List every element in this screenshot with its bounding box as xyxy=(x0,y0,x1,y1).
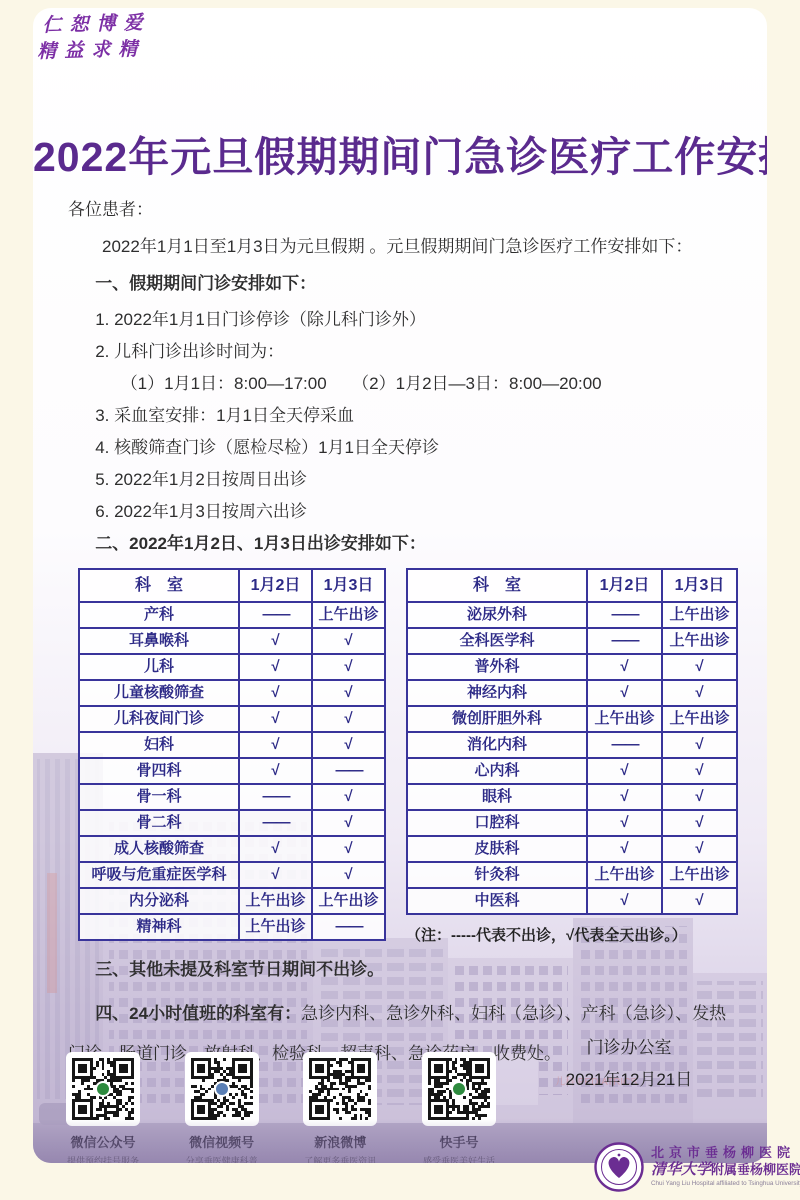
qr-item-wechat-official: 微信公众号 提供预约挂号服务 xyxy=(51,1052,155,1163)
schedule-cell: √ xyxy=(662,836,737,862)
schedule-cell: —— xyxy=(239,810,312,836)
dept-cell: 针灸科 xyxy=(407,862,587,888)
dept-cell: 成人核酸筛查 xyxy=(79,836,239,862)
qr-desc: 分享垂医健康科普 xyxy=(170,1154,274,1163)
table-row: 呼吸与危重症医学科√√ xyxy=(79,862,385,888)
table-row: 针灸科上午出诊上午出诊 xyxy=(407,862,737,888)
schedule-cell: √ xyxy=(662,732,737,758)
column-header: 科 室 xyxy=(407,569,587,602)
qr-code-wechat-video-icon xyxy=(185,1052,259,1126)
table-row: 皮肤科√√ xyxy=(407,836,737,862)
qr-label: 快手号 xyxy=(407,1132,511,1151)
signoff-date: 2021年12月21日 xyxy=(549,1064,709,1096)
hospital-logo: 北京市垂杨柳医院 清华大学附属垂杨柳医院 Chui Yang Liu Hospi… xyxy=(594,1136,794,1198)
schedule-cell: 上午出诊 xyxy=(662,602,737,628)
schedule-cell: 上午出诊 xyxy=(239,914,312,940)
schedule-cell: √ xyxy=(587,680,662,706)
hospital-motto: 仁恕博爱 精益求精 xyxy=(42,11,151,66)
dept-cell: 微创肝胆外科 xyxy=(407,706,587,732)
table-row: 妇科√√ xyxy=(79,732,385,758)
table-row: 耳鼻喉科√√ xyxy=(79,628,385,654)
table-row: 骨二科——√ xyxy=(79,810,385,836)
table-row: 消化内科——√ xyxy=(407,732,737,758)
header-row: 科 室1月2日1月3日 xyxy=(79,569,385,602)
qr-label: 微信公众号 xyxy=(51,1132,155,1151)
dept-cell: 口腔科 xyxy=(407,810,587,836)
qr-desc: 了解更多垂医资讯 xyxy=(288,1154,392,1163)
schedule-cell: √ xyxy=(312,784,385,810)
hospital-emblem-icon xyxy=(594,1142,644,1192)
schedule-cell: —— xyxy=(587,732,662,758)
qr-desc: 提供预约挂号服务 xyxy=(51,1154,155,1163)
signoff-dept: 门诊办公室 xyxy=(549,1032,709,1064)
schedule-cell: 上午出诊 xyxy=(312,888,385,914)
hospital-affiliation-cn: 清华大学附属垂杨柳医院 xyxy=(651,1163,800,1178)
dept-cell: 骨二科 xyxy=(79,810,239,836)
schedule-cell: √ xyxy=(587,784,662,810)
table-row: 儿科√√ xyxy=(79,654,385,680)
hospital-name-cn: 北京市垂杨柳医院 xyxy=(651,1146,800,1159)
schedule-cell: √ xyxy=(587,810,662,836)
motto-line2: 精益求精 xyxy=(37,37,152,66)
hospital-logo-text: 北京市垂杨柳医院 清华大学附属垂杨柳医院 Chui Yang Liu Hospi… xyxy=(651,1146,800,1187)
schedule-cell: √ xyxy=(312,628,385,654)
schedule-cell: √ xyxy=(662,888,737,914)
section1-heading: 一、假期期间门诊安排如下： xyxy=(68,272,738,296)
schedule-cell: √ xyxy=(662,758,737,784)
dept-cell: 神经内科 xyxy=(407,680,587,706)
qr-center-logo-icon xyxy=(95,1081,111,1097)
section3-heading: 三、其他未提及科室节日期间不出诊。 xyxy=(68,958,738,982)
schedule-cell: √ xyxy=(312,732,385,758)
dept-cell: 儿科夜间门诊 xyxy=(79,706,239,732)
column-header: 1月2日 xyxy=(587,569,662,602)
dept-cell: 骨一科 xyxy=(79,784,239,810)
schedule-cell: √ xyxy=(587,836,662,862)
qr-label: 微信视频号 xyxy=(170,1132,274,1151)
dept-cell: 普外科 xyxy=(407,654,587,680)
schedule-cell: —— xyxy=(312,758,385,784)
dept-cell: 耳鼻喉科 xyxy=(79,628,239,654)
schedule-cell: √ xyxy=(239,732,312,758)
dept-cell: 中医科 xyxy=(407,888,587,914)
schedule-cell: √ xyxy=(239,706,312,732)
notice-card: 儿科 PEDIATRICS 仁恕博爱 精益求精 2022年元旦假期期间门急诊医疗… xyxy=(33,8,767,1163)
dept-cell: 泌尿外科 xyxy=(407,602,587,628)
table-row: 普外科√√ xyxy=(407,654,737,680)
schedule-cell: —— xyxy=(587,602,662,628)
section2-heading: 二、2022年1月2日、1月3日出诊安排如下： xyxy=(68,532,738,556)
table-row: 产科——上午出诊 xyxy=(79,602,385,628)
column-header: 1月3日 xyxy=(312,569,385,602)
schedule-cell: √ xyxy=(662,680,737,706)
table-row: 眼科√√ xyxy=(407,784,737,810)
table-row: 泌尿外科——上午出诊 xyxy=(407,602,737,628)
table-row: 口腔科√√ xyxy=(407,810,737,836)
schedule-cell: √ xyxy=(239,758,312,784)
schedule-cell: √ xyxy=(587,888,662,914)
schedule-cell: √ xyxy=(312,810,385,836)
tsinghua-script: 清华大学 xyxy=(651,1162,711,1178)
qr-item-weibo: 新浪微博 了解更多垂医资讯 xyxy=(288,1052,392,1163)
schedule-cell: √ xyxy=(662,810,737,836)
table-row: 全科医学科——上午出诊 xyxy=(407,628,737,654)
table-note: （注：-----代表不出诊，√代表全天出诊。） xyxy=(406,924,738,948)
notice-body: 各位患者： 2022年1月1日至1月3日为元旦假期 。元旦假期期间门急诊医疗工作… xyxy=(68,198,738,1074)
qr-item-kuaishou: 快手号 感受垂医美好生活 xyxy=(407,1052,511,1163)
table-row: 中医科√√ xyxy=(407,888,737,914)
affiliation-rest: 附属垂杨柳医院 xyxy=(711,1162,800,1177)
qr-code-weibo-icon xyxy=(303,1052,377,1126)
list-item-4: 4. 核酸筛查门诊（愿检尽检）1月1日全天停诊 xyxy=(68,436,738,460)
schedule-table-left: 科 室1月2日1月3日产科——上午出诊耳鼻喉科√√儿科√√儿童核酸筛查√√儿科夜… xyxy=(78,568,386,941)
header-row: 科 室1月2日1月3日 xyxy=(407,569,737,602)
schedule-cell: √ xyxy=(662,654,737,680)
dept-cell: 心内科 xyxy=(407,758,587,784)
greeting: 各位患者： xyxy=(68,198,738,222)
qr-center-logo-icon xyxy=(451,1081,467,1097)
table-row: 微创肝胆外科上午出诊上午出诊 xyxy=(407,706,737,732)
table-row: 骨四科√—— xyxy=(79,758,385,784)
column-header: 1月2日 xyxy=(239,569,312,602)
column-header: 1月3日 xyxy=(662,569,737,602)
list-item-2-times: （1）1月1日：8:00—17:00 （2）1月2日—3日：8:00—20:00 xyxy=(68,372,738,396)
schedule-cell: —— xyxy=(587,628,662,654)
dept-cell: 内分泌科 xyxy=(79,888,239,914)
intro-paragraph: 2022年1月1日至1月3日为元旦假期 。元旦假期期间门急诊医疗工作安排如下： xyxy=(68,235,738,259)
dept-cell: 精神科 xyxy=(79,914,239,940)
schedule-cell: —— xyxy=(312,914,385,940)
schedule-cell: √ xyxy=(239,862,312,888)
list-item-5: 5. 2022年1月2日按周日出诊 xyxy=(68,468,738,492)
dept-cell: 儿童核酸筛查 xyxy=(79,680,239,706)
page-title: 2022年元旦假期期间门急诊医疗工作安排 xyxy=(33,124,767,183)
qr-code-kuaishou-icon xyxy=(422,1052,496,1126)
schedule-cell: √ xyxy=(587,758,662,784)
qr-strip: 微信公众号 提供预约挂号服务 微信视频号 分享垂医健康科普 新浪微博 了解更多垂… xyxy=(51,1052,511,1163)
schedule-cell: 上午出诊 xyxy=(312,602,385,628)
dept-cell: 呼吸与危重症医学科 xyxy=(79,862,239,888)
schedule-cell: 上午出诊 xyxy=(662,862,737,888)
schedule-cell: √ xyxy=(312,680,385,706)
motto-line1: 仁恕博爱 xyxy=(42,11,151,40)
dept-cell: 皮肤科 xyxy=(407,836,587,862)
schedule-cell: 上午出诊 xyxy=(662,628,737,654)
list-item-2: 2. 儿科门诊出诊时间为： xyxy=(68,340,738,364)
schedule-cell: 上午出诊 xyxy=(239,888,312,914)
schedule-cell: 上午出诊 xyxy=(662,706,737,732)
qr-center-logo-icon xyxy=(214,1081,230,1097)
schedule-cell: √ xyxy=(312,862,385,888)
dept-cell: 消化内科 xyxy=(407,732,587,758)
qr-label: 新浪微博 xyxy=(288,1132,392,1151)
hospital-name-en: Chui Yang Liu Hospital affiliated to Tsi… xyxy=(651,1181,800,1187)
table-row: 儿童核酸筛查√√ xyxy=(79,680,385,706)
dept-cell: 全科医学科 xyxy=(407,628,587,654)
table-row: 精神科上午出诊—— xyxy=(79,914,385,940)
dept-cell: 儿科 xyxy=(79,654,239,680)
schedule-cell: √ xyxy=(239,680,312,706)
dept-cell: 产科 xyxy=(79,602,239,628)
schedule-cell: 上午出诊 xyxy=(587,706,662,732)
schedule-cell: √ xyxy=(239,628,312,654)
schedule-cell: √ xyxy=(312,654,385,680)
table-row: 神经内科√√ xyxy=(407,680,737,706)
qr-code-wechat-official-icon xyxy=(66,1052,140,1126)
column-header: 科 室 xyxy=(79,569,239,602)
schedule-cell: —— xyxy=(239,602,312,628)
dept-cell: 妇科 xyxy=(79,732,239,758)
schedule-cell: √ xyxy=(239,654,312,680)
qr-desc: 感受垂医美好生活 xyxy=(407,1154,511,1163)
dept-cell: 骨四科 xyxy=(79,758,239,784)
dept-cell: 眼科 xyxy=(407,784,587,810)
schedule-cell: √ xyxy=(239,836,312,862)
schedule-cell: √ xyxy=(662,784,737,810)
qr-item-wechat-video: 微信视频号 分享垂医健康科普 xyxy=(170,1052,274,1163)
table-row: 心内科√√ xyxy=(407,758,737,784)
signoff: 门诊办公室 2021年12月21日 xyxy=(549,1032,709,1096)
schedule-tables: 科 室1月2日1月3日产科——上午出诊耳鼻喉科√√儿科√√儿童核酸筛查√√儿科夜… xyxy=(68,568,738,948)
schedule-table-right: 科 室1月2日1月3日泌尿外科——上午出诊全科医学科——上午出诊普外科√√神经内… xyxy=(406,568,738,915)
table-row: 成人核酸筛查√√ xyxy=(79,836,385,862)
section4-lead: 四、24小时值班的科室有： xyxy=(95,1004,301,1023)
schedule-cell: √ xyxy=(587,654,662,680)
list-item-1: 1. 2022年1月1日门诊停诊（除儿科门诊外） xyxy=(68,308,738,332)
list-item-6: 6. 2022年1月3日按周六出诊 xyxy=(68,500,738,524)
table-row: 内分泌科上午出诊上午出诊 xyxy=(79,888,385,914)
schedule-cell: √ xyxy=(312,836,385,862)
schedule-cell: 上午出诊 xyxy=(587,862,662,888)
schedule-cell: √ xyxy=(312,706,385,732)
table-row: 骨一科——√ xyxy=(79,784,385,810)
list-item-3: 3. 采血室安排：1月1日全天停采血 xyxy=(68,404,738,428)
table-row: 儿科夜间门诊√√ xyxy=(79,706,385,732)
schedule-cell: —— xyxy=(239,784,312,810)
poster-page: 儿科 PEDIATRICS 仁恕博爱 精益求精 2022年元旦假期期间门急诊医疗… xyxy=(0,0,800,1200)
